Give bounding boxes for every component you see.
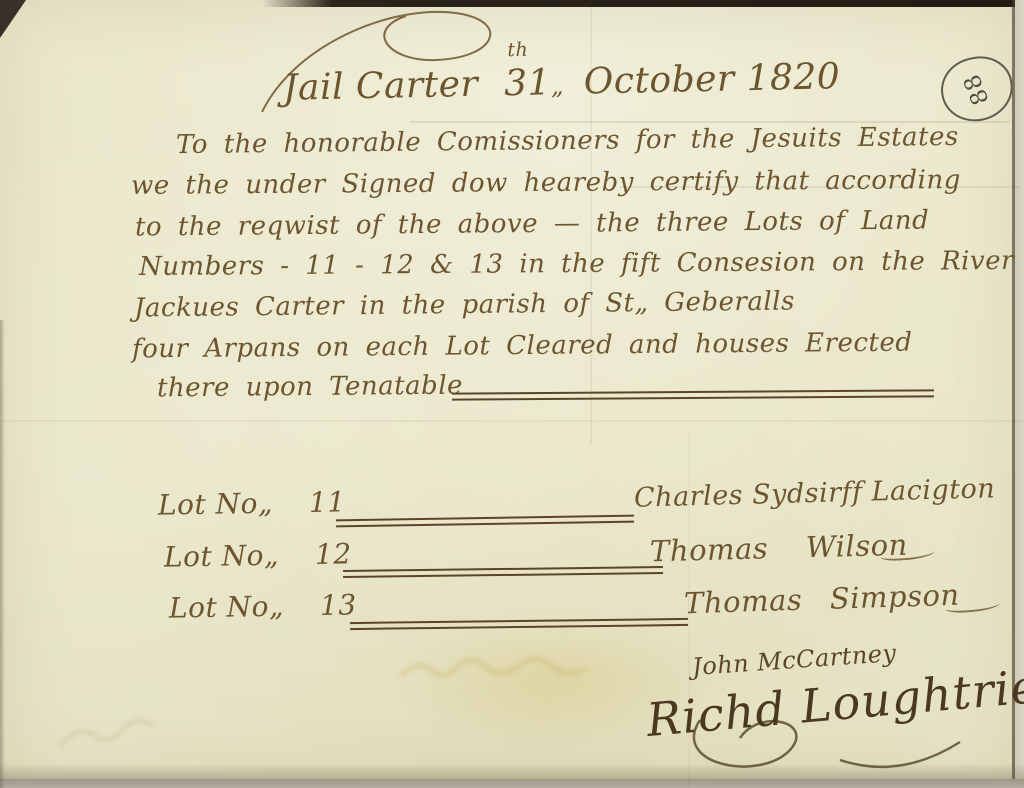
scanned-document-page: { "page": { "archive_number": "88", "pap… <box>0 0 1024 788</box>
archive-number: 88 <box>959 70 995 109</box>
paper-corner-top-left <box>0 0 26 38</box>
header-day-mark: „ <box>551 72 565 100</box>
header-day-ordinal: th <box>507 39 528 61</box>
header-month-year: October 1820 <box>583 56 840 102</box>
header-place: Jail Carter <box>283 64 479 109</box>
lot-number: 12 <box>315 537 352 571</box>
lot-number: 13 <box>320 588 357 622</box>
lot-label-text: Lot No„ <box>164 539 280 574</box>
body-line: there upon Tenatable <box>157 371 463 404</box>
lot-label-text: Lot No„ <box>169 590 285 625</box>
header-day-number: 31 <box>504 62 552 104</box>
lot-row-label: Lot No„13 <box>169 588 357 624</box>
body-line: we the under Signed dow heareby certify … <box>131 165 961 201</box>
header-day: 31th„ <box>504 62 565 104</box>
lot-row-label: Lot No„12 <box>164 537 352 573</box>
lot-row-label: Lot No„11 <box>158 485 346 521</box>
paper-edge-left-shadow <box>0 320 5 788</box>
paper-edge-top <box>262 0 1024 7</box>
lot-assignee-name: Thomas Wilson <box>650 528 909 569</box>
paper-edge-bottom <box>0 779 1024 788</box>
body-line: Numbers - 11 - 12 & 13 in the fift Conse… <box>139 246 1014 282</box>
lot-number: 11 <box>309 485 346 519</box>
lot-label-text: Lot No„ <box>158 487 274 522</box>
paper-edge-bottom-shadow <box>0 763 1024 779</box>
